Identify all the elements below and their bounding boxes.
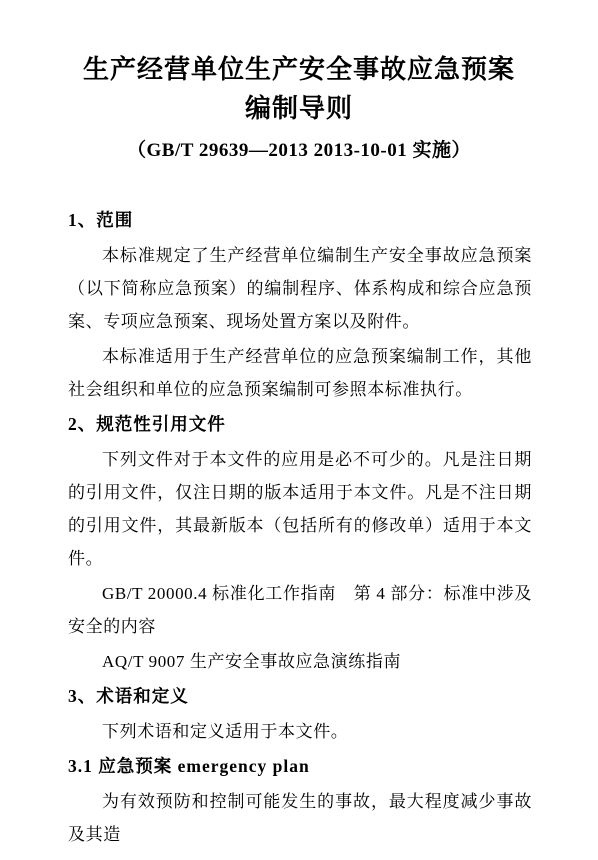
- document-body: 1、范围 本标准规定了生产经营单位编制生产安全事故应急预案（以下简称应急预案）的…: [68, 204, 532, 851]
- paragraph-scope-2: 本标准适用于生产经营单位的应急预案编制工作，其他社会组织和单位的应急预案编制可参…: [68, 340, 532, 406]
- section-heading-scope: 1、范围: [68, 204, 532, 237]
- paragraph-scope-1: 本标准规定了生产经营单位编制生产安全事故应急预案（以下简称应急预案）的编制程序、…: [68, 239, 532, 338]
- paragraph-reference-gbt-20000-4: GB/T 20000.4 标准化工作指南 第 4 部分：标准中涉及安全的内容: [68, 577, 532, 643]
- paragraph-emergency-plan-def: 为有效预防和控制可能发生的事故，最大程度减少事故及其造: [68, 785, 532, 851]
- paragraph-terms-intro: 下列术语和定义适用于本文件。: [68, 715, 532, 748]
- term-heading-emergency-plan: 3.1 应急预案 emergency plan: [68, 750, 532, 783]
- title-block: 生产经营单位生产安全事故应急预案 编制导则 （GB/T 29639—2013 2…: [0, 0, 598, 162]
- paragraph-normative-refs-intro: 下列文件对于本文件的应用是必不可少的。凡是注日期的引用文件，仅注日期的版本适用于…: [68, 443, 532, 575]
- document-title-line2: 编制导则: [0, 89, 598, 128]
- section-heading-terms: 3、术语和定义: [68, 680, 532, 713]
- document-subtitle: （GB/T 29639—2013 2013-10-01 实施）: [0, 135, 598, 162]
- section-heading-normative-refs: 2、规范性引用文件: [68, 408, 532, 441]
- document-title-line1: 生产经营单位生产安全事故应急预案: [0, 50, 598, 89]
- paragraph-reference-aqt-9007: AQ/T 9007 生产安全事故应急演练指南: [68, 645, 532, 678]
- document-page: 生产经营单位生产安全事故应急预案 编制导则 （GB/T 29639—2013 2…: [0, 0, 598, 860]
